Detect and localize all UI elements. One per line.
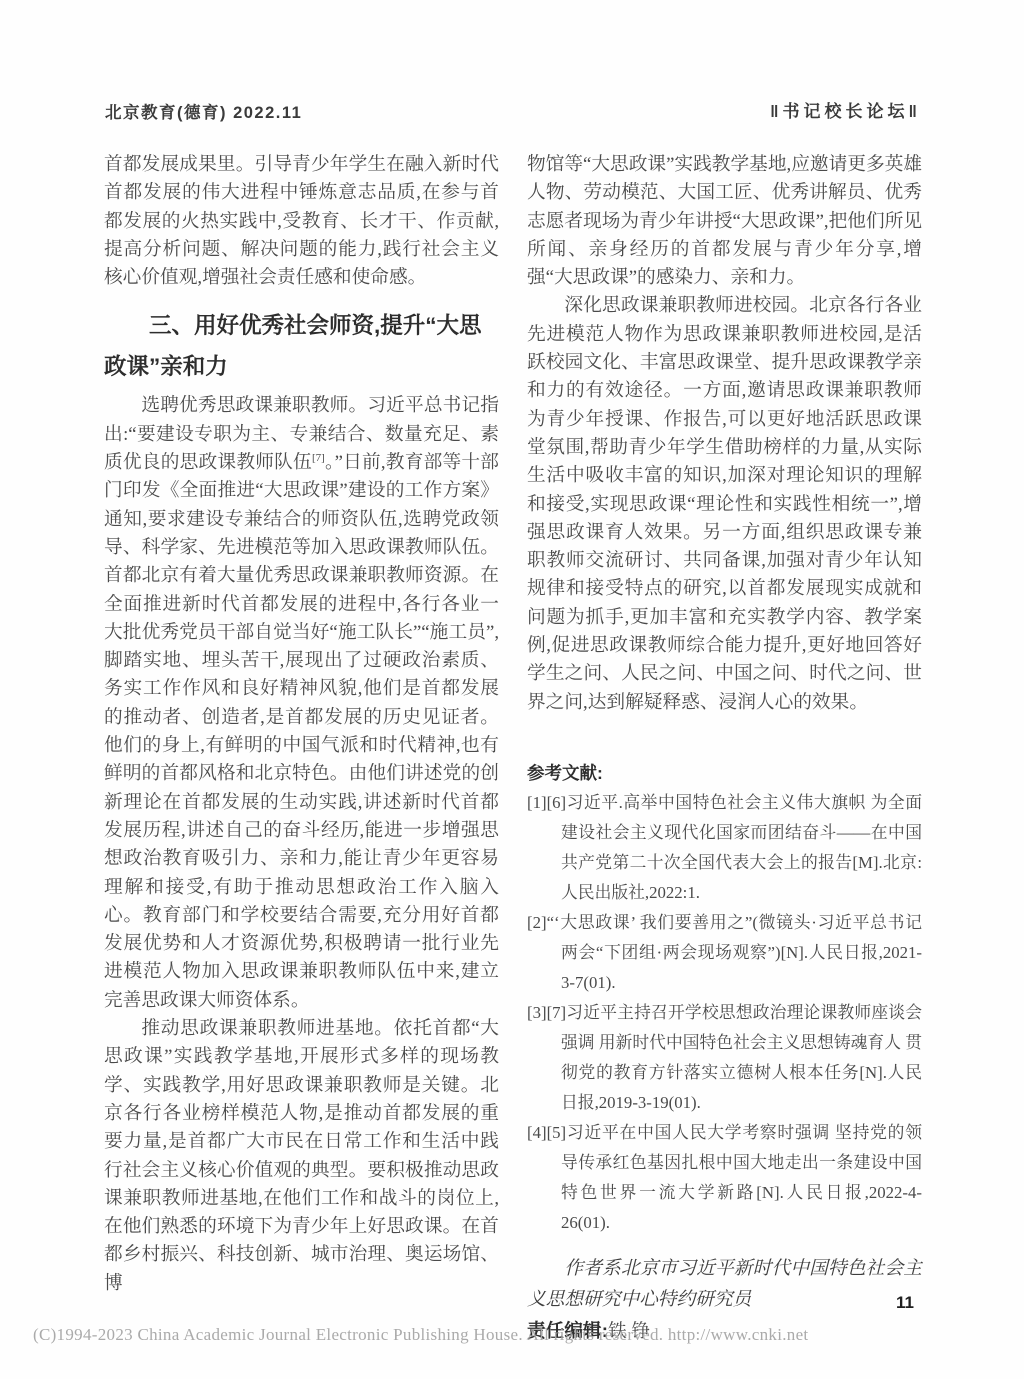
reference-entry: [2]“‘大思政课’ 我们要善用之”(微镜头·习近平总书记两会“下团组·两会现场… [527, 908, 922, 998]
copyright-footer: (C)1994-2023 China Academic Journal Elec… [33, 1325, 808, 1345]
paragraph-continuation: 首都发展成果里。引导青少年学生在融入新时代首都发展的伟大进程中锤炼意志品质,在参… [104, 151, 499, 292]
journal-name-header: 北京教育(德育) 2022.11 [105, 99, 302, 123]
left-column: 首都发展成果里。引导青少年学生在融入新时代首都发展的伟大进程中锤炼意志品质,在参… [104, 151, 499, 1298]
page-number: 11 [896, 1293, 914, 1313]
paragraph: 推动思政课兼职教师进基地。依托首都“大思政课”实践教学基地,开展形式多样的现场教… [104, 1015, 499, 1298]
column-title-header: ‖书记校长论坛‖ [527, 97, 921, 122]
paragraph-text: 。”日前,教育部等十部门印发《全面推进“大思政课”建设的工作方案》通知,要求建设… [104, 452, 499, 1011]
reference-entry: [1][6]习近平.高举中国特色社会主义伟大旗帜 为全面建设社会主义现代化国家而… [527, 788, 922, 908]
paragraph: 深化思政课兼职教师进校园。北京各行各业先进模范人物作为思政课兼职教师进校园,是活… [527, 292, 922, 716]
paragraph: 选聘优秀思政课兼职教师。习近平总书记指出:“要建设专职为主、专兼结合、数量充足、… [104, 392, 499, 1015]
author-affiliation-note: 作者系北京市习近平新时代中国特色社会主义思想研究中心特约研究员 [527, 1253, 922, 1315]
right-column: 物馆等“大思政课”实践教学基地,应邀请更多英雄人物、劳动模范、大国工匠、优秀讲解… [527, 151, 922, 1347]
section-heading: 三、用好优秀社会师资,提升“大思政课”亲和力 [104, 305, 499, 387]
references-title: 参考文献: [527, 758, 922, 788]
paragraph-continuation: 物馆等“大思政课”实践教学基地,应邀请更多英雄人物、劳动模范、大国工匠、优秀讲解… [527, 151, 922, 292]
footnote-reference: [7] [312, 452, 325, 464]
reference-entry: [3][7]习近平主持召开学校思想政治理论课教师座谈会强调 用新时代中国特色社会… [527, 998, 922, 1118]
reference-entry: [4][5]习近平在中国人民大学考察时强调 坚持党的领导传承红色基因扎根中国大地… [527, 1118, 922, 1238]
journal-page: 北京教育(德育) 2022.11 ‖书记校长论坛‖ 首都发展成果里。引导青少年学… [0, 0, 1024, 1379]
